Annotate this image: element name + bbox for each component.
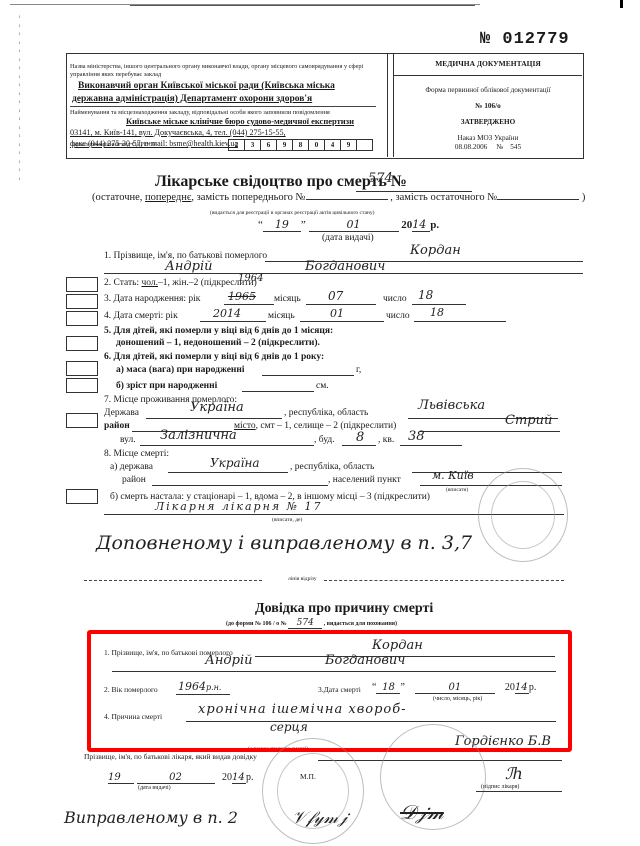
approved-label: ЗАТВЕРДЖЕНО	[394, 118, 582, 126]
infant-term-options: доношений – 1, недоношений – 2 (підкресл…	[116, 338, 320, 348]
document-number: № 012779	[480, 30, 570, 49]
code-box-term[interactable]	[66, 336, 98, 351]
birth-year-correction: 1964	[238, 273, 263, 284]
order-date-number: 08.08.2006 № 545	[394, 143, 582, 151]
death-cause-title: Довідка про причину смерті	[255, 601, 433, 617]
doctor-name-label: Прізвище, ім'я, по батькові лікаря, який…	[84, 752, 257, 761]
org-line-2: державна адміністрація) Департамент охор…	[72, 94, 312, 105]
scan-edge-line	[130, 5, 475, 6]
code-box-death-date[interactable]	[66, 311, 98, 326]
cut-line-right	[324, 580, 564, 581]
birth-height-field[interactable]	[242, 391, 314, 392]
birth-year-struck: 1965	[228, 290, 256, 303]
deceased-first-name: Андрій	[165, 259, 213, 274]
death-occurred-place: Лікарня лікарня № 17	[155, 500, 323, 513]
deceased-patronymic: Богданович	[305, 259, 385, 274]
scan-corner-mark	[620, 0, 623, 8]
residence-region: Львівська	[418, 398, 485, 413]
infant-year-label: 6. Для дітей, які померли у віці від 6 д…	[104, 352, 324, 362]
certificate-number: 574	[368, 171, 393, 186]
code-box-birth-height[interactable]	[66, 378, 98, 393]
signature-caption: (підпис лікаря)	[481, 784, 519, 790]
cut-line-label: лінія відрізу	[288, 576, 317, 582]
residence-city: Стрий	[505, 413, 552, 428]
residence-street: Залізнична	[160, 428, 237, 443]
form-caption: Форма первинної облікової документації	[394, 86, 582, 94]
org-line-1: Виконавчий орган Київської міської ради …	[78, 81, 335, 92]
medical-documentation-title: МЕДИЧНА ДОКУМЕНТАЦІЯ	[394, 53, 582, 76]
note-issue-date: 19 02 2014р.	[108, 772, 254, 784]
note-issue-date-caption: (дата видачі)	[138, 785, 171, 791]
code-box-death-place[interactable]	[66, 489, 98, 504]
code-box-residence[interactable]	[66, 413, 98, 428]
residence-building: 8	[356, 430, 364, 445]
code-box-birth-date[interactable]	[66, 294, 98, 309]
correction-signature-2: 𝒟𝒿𝓂	[400, 800, 444, 824]
death-year: 2014	[213, 307, 241, 320]
edrpou-label: Ідентифікаційний код ЄДРПОУ	[72, 141, 157, 148]
death-date-label: 4. Дата смерті: рік	[104, 311, 178, 321]
code-box-sex[interactable]	[66, 277, 98, 292]
order-label: Наказ МОЗ України	[394, 134, 582, 142]
birth-weight-field[interactable]	[262, 375, 354, 376]
sex-label: 2. Стать: чол.–1, жін.–2 (підкреслити)	[104, 278, 257, 288]
death-cause-subtitle: (до форми № 106 / о № 574 , видається дл…	[226, 618, 397, 629]
certificate-number-field: 574	[356, 173, 472, 192]
doctor-signature: ℐℎ	[505, 764, 523, 783]
birth-weight-label: а) маса (вага) при народженні	[116, 365, 245, 375]
form-number: № 106/о	[394, 102, 582, 110]
issued-for-caption: (видається для реєстрації в органах реєс…	[210, 210, 374, 216]
edrpou-code: 2 3 6 9 8 0 4 9	[228, 139, 373, 151]
death-place-locality: м. Київ	[432, 469, 474, 482]
residence-state: Україна	[190, 400, 244, 415]
birth-height-label: б) зріст при народженні	[116, 381, 217, 391]
settlement-type-label: місто, смт – 1, селище – 2 (підкреслити)	[234, 421, 396, 431]
residence-apartment: 38	[408, 429, 425, 444]
official-stamp	[478, 468, 568, 562]
deceased-surname: Кордан	[410, 243, 461, 258]
birth-month: 07	[328, 289, 343, 303]
institution-address: 03141, м. Київ-141, вул. Докучаєвська, 4…	[70, 128, 286, 137]
issue-date-caption: (дата видачі)	[322, 233, 374, 243]
issue-date: “19” 01 2014р.	[258, 218, 439, 232]
seal-label: М.П.	[300, 772, 316, 781]
note-correction: Виправленому в п. 2	[64, 808, 238, 827]
perforation-marks: ıııııııııııııııııııı	[19, 14, 25, 184]
death-place-label: 8. Місце смерті:	[104, 449, 169, 459]
certificate-type-line: (остаточне, попереднє, замість попереднь…	[92, 192, 585, 203]
birth-date-label: 3. Дата народження: рік	[104, 294, 200, 304]
ministry-caption: Назва міністерства, іншого центрального …	[70, 63, 370, 78]
round-seal	[262, 738, 364, 844]
death-day: 18	[430, 306, 444, 319]
correction-note: Доповненому і виправленому в п. 3,7	[96, 532, 472, 554]
correction-signature-1: 𝒱𝒻𝓎𝓂𝒿	[292, 808, 347, 828]
infant-term-label: 5. Для дітей, які померли у віці від 6 д…	[104, 326, 333, 336]
death-month: 01	[330, 307, 344, 320]
header-right-cell: МЕДИЧНА ДОКУМЕНТАЦІЯ Форма первинної обл…	[394, 53, 582, 157]
code-box-birth-weight[interactable]	[66, 361, 98, 376]
birth-day: 18	[418, 288, 433, 302]
death-place-state: Україна	[210, 456, 260, 470]
cut-line-left	[84, 580, 262, 581]
institution-name: Київське міське клінічне бюро судово-мед…	[126, 116, 354, 126]
